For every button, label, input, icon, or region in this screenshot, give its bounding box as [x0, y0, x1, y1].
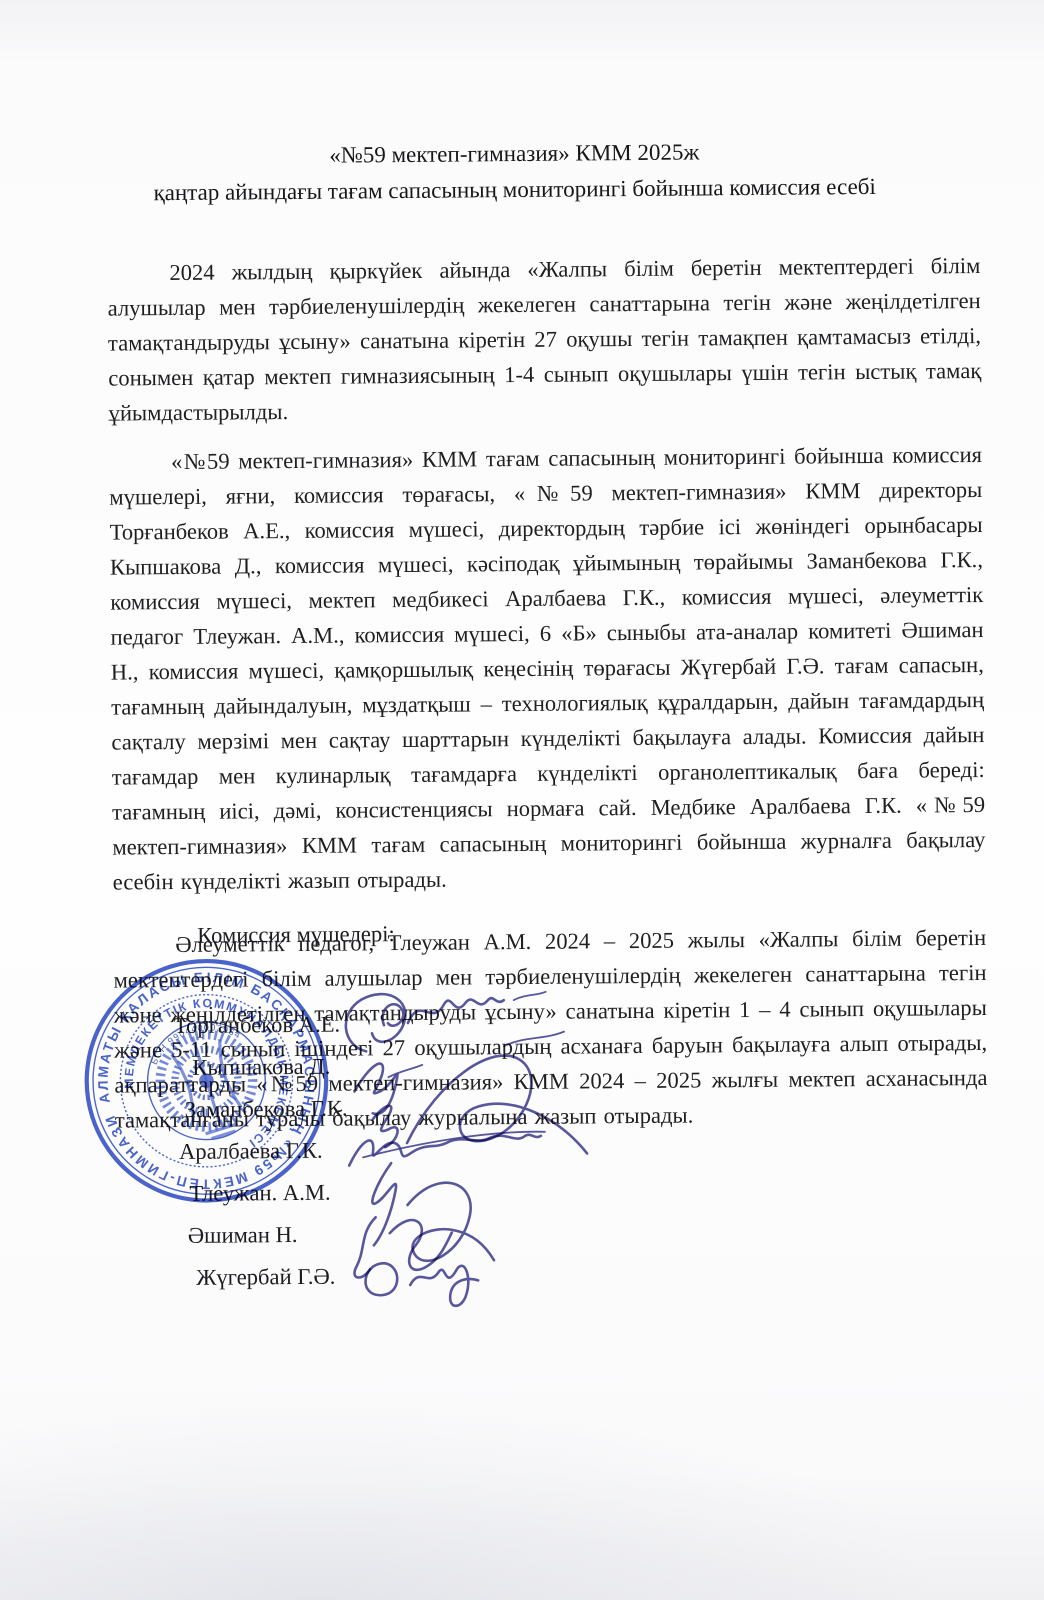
document-title: «№59 мектеп-гимназия» КММ 2025ж қаңтар а… [54, 132, 975, 212]
title-line-2: қаңтар айындағы тағам сапасының монитори… [55, 168, 975, 212]
document-content: «№59 мектеп-гимназия» КММ 2025ж қаңтар а… [0, 0, 1044, 1600]
scanned-page: «№59 мектеп-гимназия» КММ 2025ж қаңтар а… [0, 0, 1044, 1600]
paragraph-1: 2024 жылдың қыркүйек айында «Жалпы білім… [107, 248, 981, 431]
signature-zhugerbay [344, 1228, 505, 1319]
paragraph-2: «№59 мектеп-гимназия» КММ тағам сапасыны… [109, 437, 986, 900]
